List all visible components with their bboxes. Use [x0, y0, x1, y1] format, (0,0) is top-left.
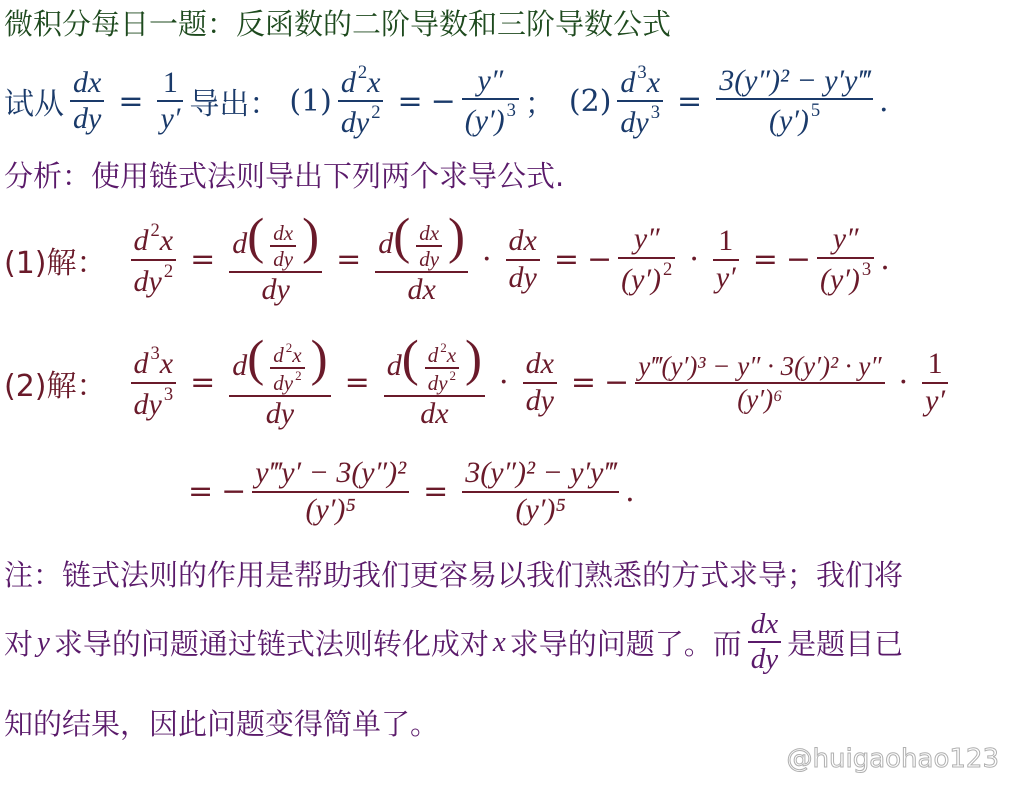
solution-1: (1)解： d2xdy2 = d(dxdy)dy = d(dxdy)dx · d…	[4, 212, 890, 308]
part2-rhs: 3(y″)² − y′y‴(y′)5	[716, 64, 873, 139]
note-line-1: 注：链式法则的作用是帮助我们更容易以我们熟悉的方式求导；我们将	[4, 553, 903, 594]
part2-lhs: d3xdy3	[617, 62, 663, 141]
watermark: @huigaohao123	[787, 744, 999, 774]
solution-1-label: (1)解：	[4, 238, 107, 282]
part1-lhs: d2xdy2	[338, 62, 384, 141]
solution-2-line-1: (2)解： d3xdy3 = d(d2xdy2)dy = d(d2xdy2)dx…	[4, 334, 954, 432]
solution-2-line-2: =− y‴y′ − 3(y″)²(y′)⁵ = 3(y″)² − y′y‴(y′…	[180, 456, 635, 527]
note-line-2: 对y求导的问题通过链式法则转化成对x求导的问题了。而 dxdy 是题目已	[4, 608, 903, 677]
derive-label: 导出：	[189, 79, 279, 123]
page-title: 微积分每日一题：反函数的二阶导数和三阶导数公式	[4, 2, 671, 43]
problem-statement: 试从 dxdy = 1y′ 导出： (1) d2xdy2 =− y″(y′)3 …	[4, 62, 889, 141]
part1-rhs: y″(y′)3	[462, 64, 519, 139]
analysis-text: 分析：使用链式法则导出下列两个求导公式.	[4, 154, 564, 195]
problem-prefix: 试从	[4, 79, 64, 123]
note-line-3: 知的结果，因此问题变得简单了。	[4, 702, 439, 743]
solution-2-label: (2)解：	[4, 361, 107, 405]
